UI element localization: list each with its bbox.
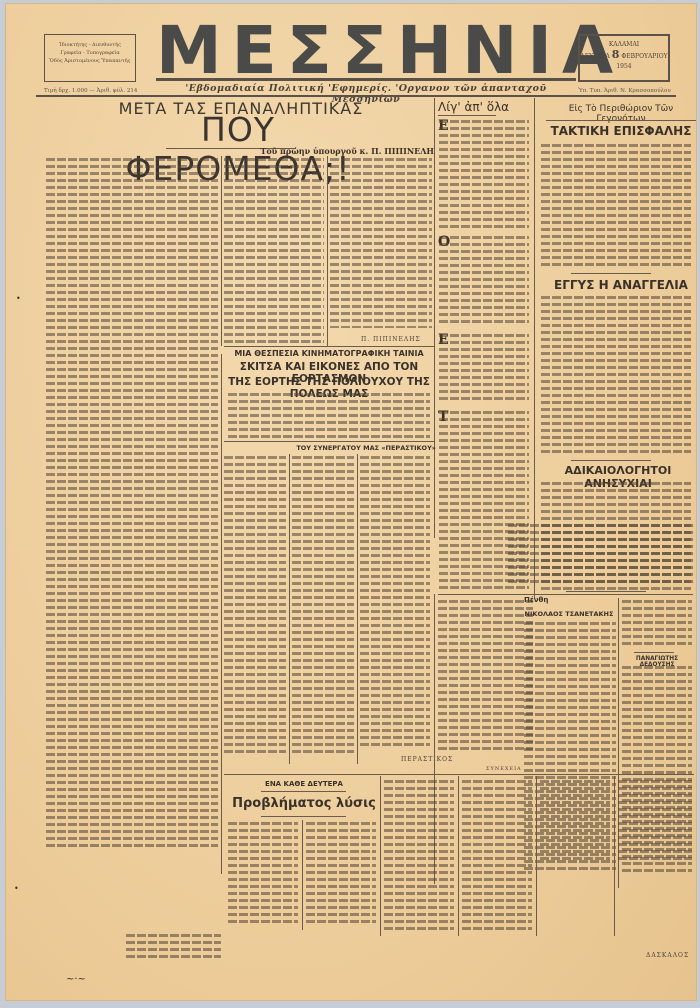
lead-article-text-col1 bbox=[46, 158, 218, 848]
feature-text-col2 bbox=[306, 822, 376, 927]
divider bbox=[571, 273, 651, 274]
feature-kicker: ΕΝΑ ΚΑΘΕ ΔΕΥΤΕΡΑ bbox=[224, 780, 384, 788]
masthead-rule bbox=[156, 78, 576, 81]
column-rule bbox=[536, 776, 537, 936]
brief-text-1 bbox=[439, 120, 529, 228]
column-rule bbox=[434, 98, 435, 538]
film-byline: ΤΟΥ ΣΥΝΕΡΓΑΤΟΥ ΜΑΣ «ΠΕΡΑΣΤΙΚΟΥ» bbox=[296, 444, 436, 452]
column-rule bbox=[458, 776, 459, 936]
continuation-signature: ΣΥΝΕΧΕΙΑ bbox=[486, 766, 522, 772]
month: ΦΕΒΡΟΥΑΡΙΟΥ bbox=[621, 53, 667, 60]
publisher-line: Γραφεῖα - Τυπογραφεῖα bbox=[45, 49, 135, 57]
lead-article-text-col2 bbox=[224, 158, 324, 343]
obituary-name-1: ΝΙΚΟΛΑΟΣ ΤΣΑΝΕΤΑΚΗΣ bbox=[524, 610, 614, 618]
newspaper-title: ΜΕΣΣΗΝΙΑ bbox=[156, 18, 556, 84]
brief-text-2 bbox=[439, 236, 529, 324]
weekday: ΔΕΥΤΕΡΑ bbox=[580, 53, 609, 60]
column-rule bbox=[614, 776, 615, 936]
divider bbox=[634, 652, 674, 653]
margin-mark: • bbox=[16, 294, 21, 303]
feature-text-col4 bbox=[462, 780, 532, 930]
margin-mark: • bbox=[14, 884, 19, 893]
lead-signature: Π. ΠΙΠΙΝΕΛΗΣ bbox=[361, 336, 421, 343]
feature-signature: ΔΑΣΚΑΛΟΣ bbox=[646, 952, 689, 959]
right-text-1 bbox=[541, 144, 691, 269]
publisher-line: Ὁδὸς Ἀριστομένους Ὑπαπαντῆς bbox=[45, 57, 135, 65]
right-headline-2: ΕΓΓΥΣ Η ΑΝΑΓΓΕΛΙΑ bbox=[546, 278, 696, 292]
film-text-col2 bbox=[292, 456, 354, 756]
column-rule bbox=[221, 354, 222, 874]
divider bbox=[438, 594, 693, 595]
lead-article-tail bbox=[126, 934, 221, 962]
brief-text-3 bbox=[439, 334, 529, 404]
publisher-box: Ἰδιοκτήτης - Διευθυντής Γραφεῖα - Τυπογρ… bbox=[44, 34, 136, 82]
continuation-text bbox=[508, 524, 693, 584]
headline-underline bbox=[261, 816, 346, 817]
film-text-col1 bbox=[224, 456, 286, 756]
feature-headline: Προβλήματος λύσις bbox=[224, 796, 384, 811]
feature-text-col6 bbox=[618, 780, 692, 860]
obituary-text-cont bbox=[622, 600, 692, 648]
feature-text-col1 bbox=[228, 822, 298, 927]
newspaper-page: Ἰδιοκτήτης - Διευθυντής Γραφεῖα - Τυπογρ… bbox=[6, 4, 696, 1000]
column-rule bbox=[380, 776, 381, 936]
printer-info: Ὑπ. Τυπ. Ἀριθ. Ν. Κρασσοπούλου bbox=[578, 88, 671, 94]
divider bbox=[224, 346, 434, 347]
masthead-divider bbox=[36, 95, 676, 97]
film-signature: ΠΕΡΑΣΤΙΚΟΣ bbox=[401, 756, 453, 763]
publisher-line: Ἰδιοκτήτης - Διευθυντής bbox=[45, 41, 135, 49]
right-text-2 bbox=[541, 296, 691, 456]
title-underline bbox=[438, 115, 496, 116]
divider bbox=[571, 460, 651, 461]
column-rule bbox=[357, 454, 358, 764]
obituary-label: Πένθη bbox=[524, 596, 564, 604]
brief-column-title: Λίγ' ἀπ' ὅλα bbox=[438, 100, 518, 114]
column-rule bbox=[327, 156, 328, 346]
lead-article-text-col3 bbox=[330, 158, 432, 328]
city-label: ΚΑΛΑΜΑΙ bbox=[580, 40, 668, 50]
kicker-underline bbox=[261, 791, 346, 792]
ink-smudge: ~·~ bbox=[66, 974, 86, 985]
film-lead-text bbox=[228, 393, 430, 438]
section-underline bbox=[546, 120, 696, 121]
feature-text-col3 bbox=[384, 780, 454, 930]
lead-byline: Τοῦ πρώην ὑπουργοῦ κ. Π. ΠΙΠΙΝΕΛΗ bbox=[234, 146, 434, 156]
right-headline-1: ΤΑΚΤΙΚΗ ΕΠΙΣΦΑΛΗΣ bbox=[546, 124, 696, 138]
column-rule bbox=[221, 156, 222, 346]
feature-text-col5 bbox=[540, 780, 610, 860]
column-rule bbox=[289, 454, 290, 764]
divider bbox=[224, 774, 694, 775]
column-rule bbox=[302, 820, 303, 930]
year: 1954 bbox=[580, 62, 668, 72]
section-label: Εἰς Τὸ Περιθώριον Τῶν Γεγονότων bbox=[546, 104, 696, 124]
film-kicker: ΜΙΑ ΘΕΣΠΕΣΙΑ ΚΙΝΗΜΑΤΟΓΡΑΦΙΚΗ ΤΑΙΝΙΑ bbox=[224, 349, 434, 358]
continuation-text bbox=[438, 600, 533, 750]
column-rule bbox=[534, 98, 535, 598]
date-box: ΚΑΛΑΜΑΙ ΔΕΥΤΕΡΑ 8 ΦΕΒΡΟΥΑΡΙΟΥ 1954 bbox=[578, 34, 670, 82]
film-text-col3 bbox=[360, 456, 430, 750]
divider bbox=[224, 441, 434, 442]
price-issue-info: Τιμὴ δρχ. 1.000 — Ἀριθ. φύλ. 214 bbox=[44, 88, 137, 94]
date-number: 8 bbox=[612, 48, 620, 61]
divider bbox=[566, 591, 646, 592]
